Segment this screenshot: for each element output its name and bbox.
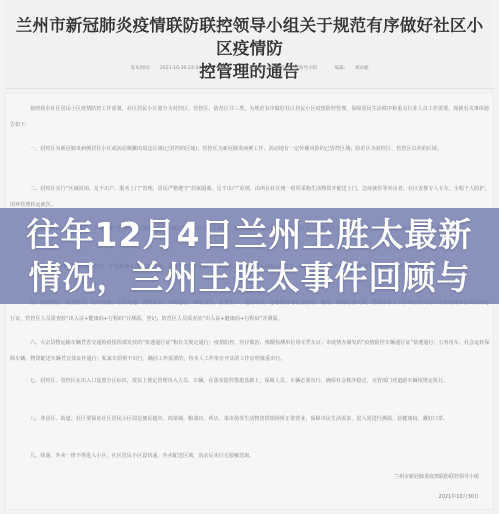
paragraph-6: 六、大宗货物运输车辆凭省交通检疫指挥部发放的“快速通行证”和有关规定通行；疫情防…	[10, 335, 490, 367]
headline-line-1: 往年12月4日兰州王胜太最新	[27, 213, 473, 256]
paragraph-intro: 按照我市社区居民小区疫情防控工作部署，社区居民小区划分为封控区、管控区、防范区共…	[10, 101, 490, 133]
editor-label: 编辑:	[335, 66, 346, 71]
paragraph-9: 九、快递、外卖一律不得进入小区，社区居民小区设快递、外卖配送区域，消杀后实行无接…	[10, 448, 490, 464]
page: 兰州市新冠肺炎疫情联防联控领导小组关于规范有序做好社区小区疫情防 控管理的通告 …	[0, 0, 499, 514]
publish-time-value: 2021-10-30 22:34	[160, 66, 201, 71]
article-title-line-1: 兰州市新冠肺炎疫情联防联控领导小组关于规范有序做好社区小区疫情防	[13, 14, 486, 60]
headline-line-2: 情况，兰州王胜太事件回顾与	[29, 256, 471, 299]
article-meta: 发布时间: 2021-10-30 22:34 稿源: 兰州市新冠肺炎疫情联防联控…	[5, 65, 494, 71]
publish-label: 发布时间:	[130, 66, 150, 71]
publish-time: 发布时间: 2021-10-30 22:34	[126, 66, 205, 71]
paragraph-1: 一、封控区为新冠肺炎病例居住小区或活动频繁的周边区域(已封控的区域)；管控区为新…	[10, 141, 490, 157]
article-title-line-2: 控管理的通告	[13, 60, 486, 83]
editor: 编辑: 刘雨婕	[331, 66, 373, 71]
article-title: 兰州市新冠肺炎疫情联防联控领导小组关于规范有序做好社区小区疫情防 控管理的通告	[13, 14, 486, 83]
paragraph-8: 八、各县区、街道、社区要保证社区居民小区周边便民超市、肉菜铺、粮油店、药店、菜市…	[10, 411, 490, 427]
source-value: 兰州市新冠肺炎疫情联防联控领导小组	[239, 66, 317, 71]
source: 稿源: 兰州市新冠肺炎疫情联防联控领导小组	[215, 66, 321, 71]
editor-value: 刘雨婕	[355, 66, 369, 71]
article-header: 兰州市新冠肺炎疫情联防联控领导小组关于规范有序做好社区小区疫情防 控管理的通告 …	[5, 0, 494, 89]
paragraph-7: 七、封控区、管控区在出入口设置分区标识，按以上规定管理出入人员、车辆。在落实防控…	[10, 373, 490, 389]
headline-banner-text: 往年12月4日兰州王胜太最新 情况，兰州王胜太事件回顾与	[0, 208, 499, 304]
signature-date: 2021年10月30日	[439, 493, 479, 500]
source-label: 稿源:	[219, 66, 230, 71]
signature-org: 兰州市新冠肺炎疫情联防联控领导小组	[394, 473, 479, 480]
